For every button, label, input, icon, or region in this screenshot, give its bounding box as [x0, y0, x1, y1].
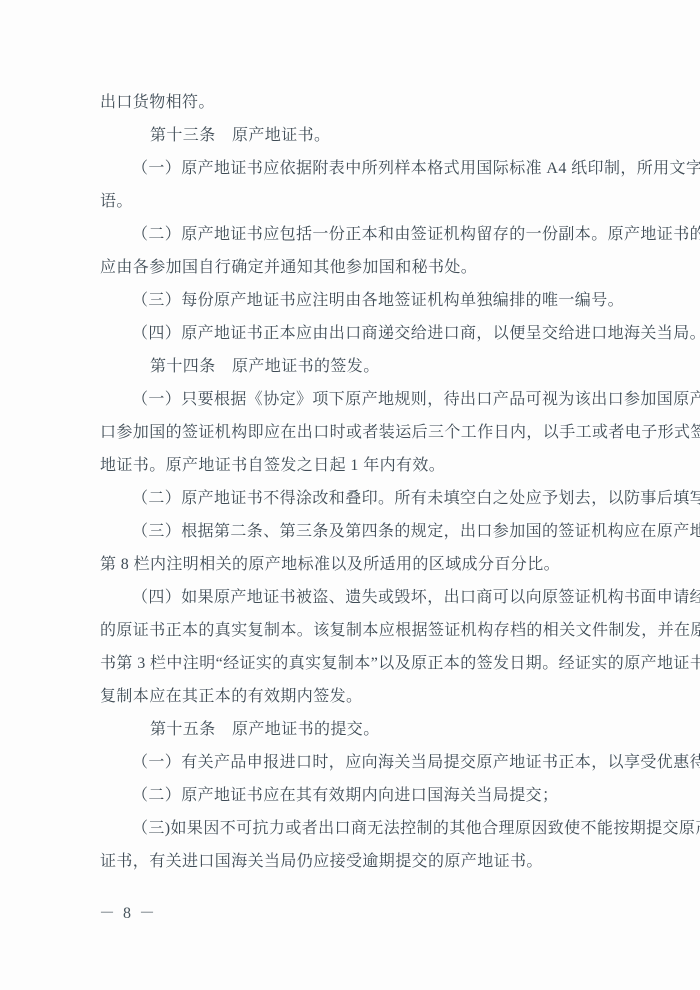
text-line: （一）有关产品申报进口时，应向海关当局提交原产地证书正本，以享受优惠待遇；	[100, 746, 648, 779]
article-heading: 第十三条 原产地证书。	[100, 119, 648, 152]
text-line: 证书，有关进口国海关当局仍应接受逾期提交的原产地证书。	[100, 845, 648, 878]
text-line: （四）如果原产地证书被盗、遗失或毁坏，出口商可以向原签证机构书面申请经证实	[100, 581, 648, 614]
text-line: 第 8 栏内注明相关的原产地标准以及所适用的区域成分百分比。	[100, 548, 648, 581]
text-line: （一）只要根据《协定》项下原产地规则，待出口产品可视为该出口参加国原产，出	[100, 383, 648, 416]
article-heading: 第十五条 原产地证书的提交。	[100, 713, 648, 746]
document-body: 出口货物相符。 第十三条 原产地证书。 （一）原产地证书应依据附表中所列样本格式…	[100, 86, 648, 878]
text-line: （三）每份原产地证书应注明由各地签证机构单独编排的唯一编号。	[100, 284, 648, 317]
text-line: 出口货物相符。	[100, 86, 648, 119]
text-line: 书第 3 栏中注明“经证实的真实复制本”以及原正本的签发日期。经证实的原产地证书…	[100, 647, 648, 680]
text-line: （二）原产地证书应在其有效期内向进口国海关当局提交；	[100, 779, 648, 812]
page-number: － 8 －	[99, 897, 157, 930]
text-line: （二）原产地证书不得涂改和叠印。所有未填空白之处应予划去，以防事后填写。	[100, 482, 648, 515]
text-line: （三)如果因不可抗力或者出口商无法控制的其他合理原因致使不能按期提交原产地	[100, 812, 648, 845]
text-line: 地证书。原产地证书自签发之日起 1 年内有效。	[100, 449, 648, 482]
text-line: 的原证书正本的真实复制本。该复制本应根据签证机构存档的相关文件制发，并在原产地证	[100, 614, 648, 647]
text-line: （三）根据第二条、第三条及第四条的规定，出口参加国的签证机构应在原产地证书	[100, 515, 648, 548]
text-line: 复制本应在其正本的有效期内签发。	[100, 680, 648, 713]
text-line: 应由各参加国自行确定并通知其他参加国和秘书处。	[100, 251, 648, 284]
text-line: 语。	[100, 185, 648, 218]
text-line: （四）原产地证书正本应由出口商递交给进口商，以便呈交给进口地海关当局。	[100, 317, 648, 350]
article-heading: 第十四条 原产地证书的签发。	[100, 350, 648, 383]
text-line: 口参加国的签证机构即应在出口时或者装运后三个工作日内，以手工或者电子形式签发原产	[100, 416, 648, 449]
text-line: （二）原产地证书应包括一份正本和由签证机构留存的一份副本。原产地证书的颜色	[100, 218, 648, 251]
text-line: （一）原产地证书应依据附表中所列样本格式用国际标准 A4 纸印制，所用文字为英	[100, 152, 648, 185]
scanned-document-page: 出口货物相符。 第十三条 原产地证书。 （一）原产地证书应依据附表中所列样本格式…	[0, 0, 700, 990]
